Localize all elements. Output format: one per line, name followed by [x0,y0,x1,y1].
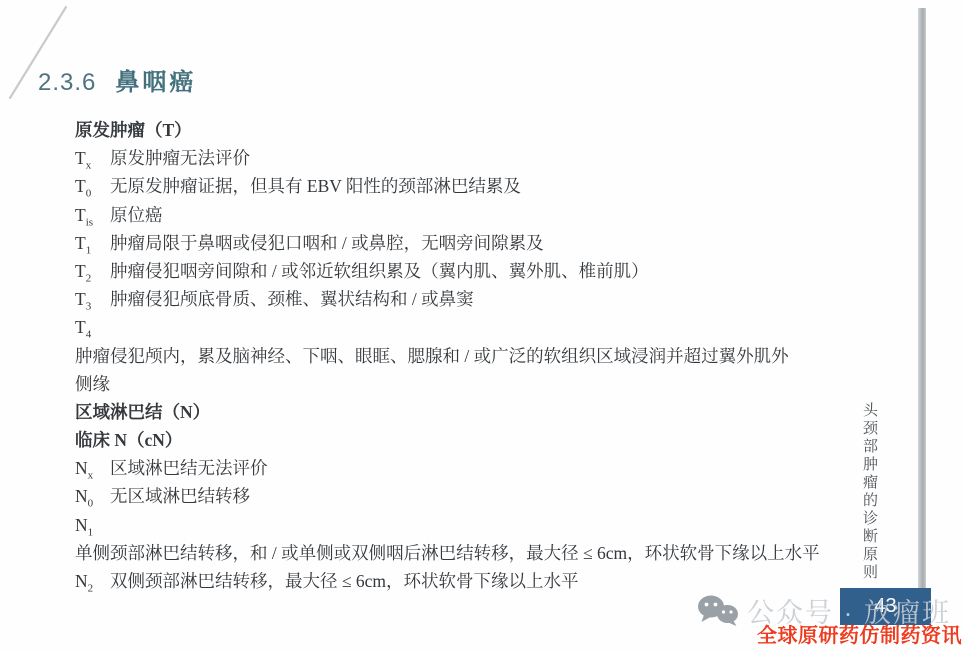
stage-label-base: T [75,317,86,337]
stage-label-sub: 0 [88,498,94,510]
stage-description: 双侧颈部淋巴结转移，最大径 ≤ 6cm，环状软骨下缘以上水平 [110,567,845,595]
red-banner-watermark: 全球原研药仿制药资讯 [757,619,962,648]
tnm-row: Tis 原位癌 [75,201,845,229]
section-heading-text: 临床 N（cN） [75,426,845,454]
stage-label-base: T [75,233,86,253]
section-number: 2.3.6 [38,69,96,97]
stage-label: T3 [75,285,110,313]
tnm-row: T2 肿瘤侵犯咽旁间隙和 / 或邻近软组织累及（翼内肌、翼外肌、椎前肌） [75,257,845,285]
tnm-row: Tx 原发肿瘤无法评价 [75,144,845,172]
tnm-row: N0 无区域淋巴结转移 [75,482,845,510]
stage-label-sub: 1 [88,526,94,538]
stage-label: T2 [75,257,110,285]
stage-description: 无区域淋巴结转移 [110,482,845,510]
stage-label-sub: is [86,216,93,228]
tnm-row: T1 肿瘤局限于鼻咽或侵犯口咽和 / 或鼻腔，无咽旁间隙累及 [75,229,845,257]
stage-label-sub: 1 [86,244,92,256]
stage-label: T1 [75,229,110,257]
tnm-row: T0 无原发肿瘤证据，但具有 EBV 阳性的颈部淋巴结累及 [75,172,845,200]
stage-description: 肿瘤侵犯咽旁间隙和 / 或邻近软组织累及（翼内肌、翼外肌、椎前肌） [110,257,845,285]
tnm-row: T4 [75,313,845,341]
stage-label-base: N [75,515,88,535]
stage-label-sub: x [86,160,92,172]
stage-description: 肿瘤局限于鼻咽或侵犯口咽和 / 或鼻腔，无咽旁间隙累及 [110,229,845,257]
section-heading-text: 区域淋巴结（N） [75,398,845,426]
section-title-text: 鼻咽癌 [115,62,196,97]
stage-label: N2 [75,567,110,595]
stage-label: N0 [75,482,110,510]
stage-description: 区域淋巴结无法评价 [110,454,845,482]
section-heading-text: 原发肿瘤（T） [75,116,845,144]
tnm-staging-content: 原发肿瘤（T） Tx 原发肿瘤无法评价 T0 无原发肿瘤证据，但具有 EBV 阳… [75,116,845,595]
stage-label-sub: x [88,470,94,482]
stage-label: Tis [75,201,110,229]
stage-description: 肿瘤侵犯颅底骨质、颈椎、翼状结构和 / 或鼻窦 [110,285,845,313]
paragraph-line: 肿瘤侵犯颅内，累及脑神经、下咽、眼眶、腮腺和 / 或广泛的软组织区域浸润并超过翼… [75,342,845,370]
stage-label-sub: 3 [86,301,92,313]
stage-label: Tx [75,144,110,172]
stage-label-base: N [75,458,88,478]
paragraph-text: 侧缘 [75,370,845,398]
stage-label-base: T [75,148,86,168]
chapter-vertical-label: 头颈部肿瘤的诊断原则 [859,402,880,582]
stage-label-base: N [75,486,88,506]
tnm-row: T3 肿瘤侵犯颅底骨质、颈椎、翼状结构和 / 或鼻窦 [75,285,845,313]
stage-label: T4 [75,313,110,341]
section-heading: 区域淋巴结（N） [75,398,845,426]
document-page: 2.3.6 鼻咽癌 原发肿瘤（T） Tx 原发肿瘤无法评价 T0 无原发肿瘤证据… [0,0,962,651]
tnm-row: Nx 区域淋巴结无法评价 [75,454,845,482]
stage-description: 无原发肿瘤证据，但具有 EBV 阳性的颈部淋巴结累及 [110,172,845,200]
stage-label-sub: 2 [88,583,94,595]
paragraph-line: 侧缘 [75,370,845,398]
sidebar-rule-bar [918,8,926,592]
stage-label-base: T [75,289,86,309]
stage-label-base: T [75,261,86,281]
section-title: 2.3.6 鼻咽癌 [38,62,196,97]
stage-label: N1 [75,511,110,539]
stage-label-base: T [75,205,86,225]
stage-label-base: N [75,571,88,591]
stage-label-base: T [75,176,86,196]
stage-label-sub: 4 [86,329,92,341]
stage-description: 原发肿瘤无法评价 [110,144,845,172]
section-heading: 原发肿瘤（T） [75,116,845,144]
stage-label-sub: 0 [86,188,92,200]
stage-label: Nx [75,454,110,482]
stage-label-sub: 2 [86,272,92,284]
stage-label: T0 [75,172,110,200]
wechat-icon [697,594,739,631]
paragraph-text: 单侧颈部淋巴结转移，和 / 或单侧或双侧咽后淋巴结转移，最大径 ≤ 6cm，环状… [75,539,845,567]
tnm-row: N2 双侧颈部淋巴结转移，最大径 ≤ 6cm，环状软骨下缘以上水平 [75,567,845,595]
paragraph-text: 肿瘤侵犯颅内，累及脑神经、下咽、眼眶、腮腺和 / 或广泛的软组织区域浸润并超过翼… [75,342,845,370]
section-heading: 临床 N（cN） [75,426,845,454]
stage-description: 原位癌 [110,201,845,229]
paragraph-line: 单侧颈部淋巴结转移，和 / 或单侧或双侧咽后淋巴结转移，最大径 ≤ 6cm，环状… [75,539,845,567]
tnm-row: N1 [75,511,845,539]
